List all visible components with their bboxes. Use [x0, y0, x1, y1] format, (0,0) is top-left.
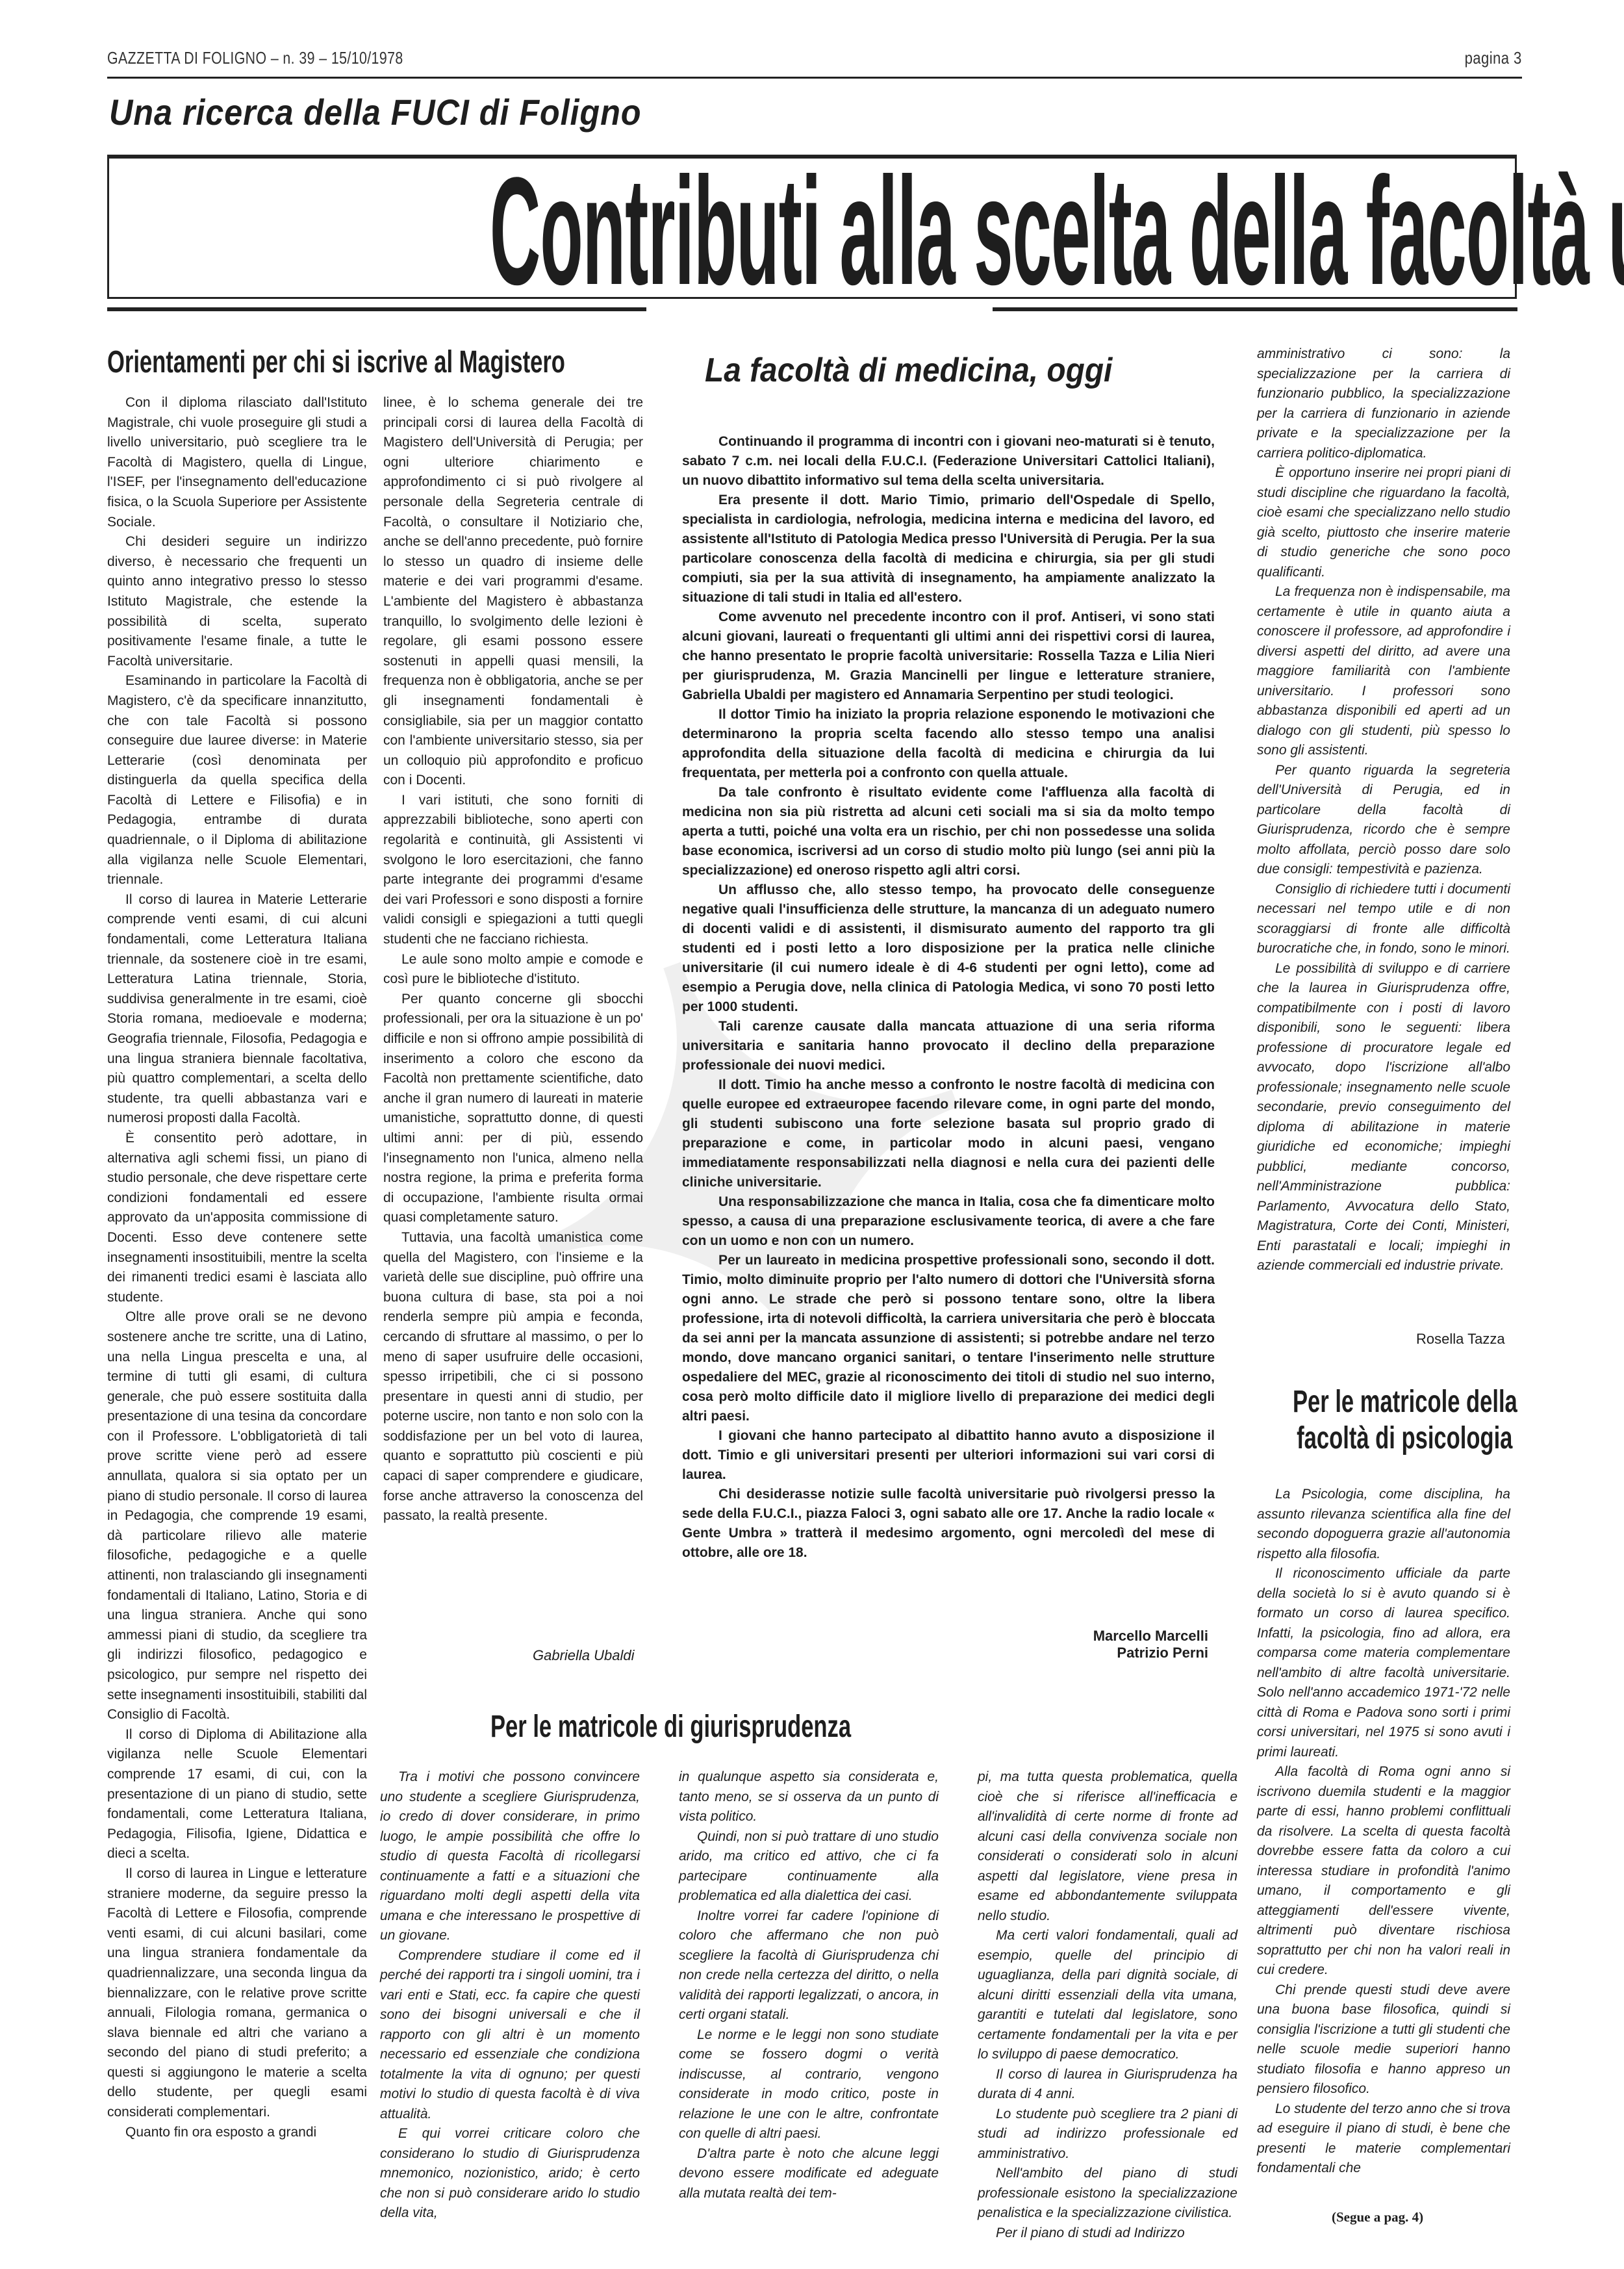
paragraph: Alla facoltà di Roma ogni anno si iscriv…: [1257, 1762, 1510, 1981]
paragraph: Da tale confronto è risultato evidente c…: [682, 783, 1215, 880]
paragraph: Oltre alle prove orali se ne devono sost…: [107, 1307, 367, 1724]
magistero-signature: Gabriella Ubaldi: [533, 1647, 635, 1664]
paragraph: Quanto fin ora esposto a grandi: [107, 2123, 367, 2143]
paragraph: Esaminando in particolare la Facoltà di …: [107, 671, 367, 890]
paragraph: Le possibilità di sviluppo e di carriere…: [1257, 959, 1510, 1276]
paragraph: Era presente il dott. Mario Timio, prima…: [682, 491, 1215, 608]
paragraph: La frequenza non è indispensabile, ma ce…: [1257, 582, 1510, 761]
signature: Marcello Marcelli: [1078, 1628, 1208, 1645]
paragraph: Le aule sono molto ampie e comode e così…: [383, 950, 643, 990]
paragraph: Il dottor Timio ha iniziato la propria r…: [682, 705, 1215, 783]
banner-rule-left: [107, 307, 646, 311]
paragraph: Chi desideri seguire un indirizzo divers…: [107, 532, 367, 671]
psicologia-body: La Psicologia, come disciplina, ha assun…: [1257, 1485, 1510, 2179]
banner-rule-right: [993, 307, 1517, 311]
psicologia-title-line1: Per le matricole della: [1293, 1384, 1512, 1420]
paragraph: Tra i motivi che possono convincere uno …: [380, 1767, 640, 1946]
paragraph: E qui vorrei criticare coloro che consid…: [380, 2124, 640, 2224]
paragraph: Chi prende questi studi deve avere una b…: [1257, 1981, 1510, 2099]
paragraph: È opportuno inserire nei propri piani di…: [1257, 463, 1510, 582]
paragraph: Un afflusso che, allo stesso tempo, ha p…: [682, 880, 1215, 1017]
paragraph: Chi desiderasse notizie sulle facoltà un…: [682, 1485, 1215, 1563]
giurisprudenza-title: Per le matricole di giurisprudenza: [490, 1709, 851, 1745]
paragraph: D'altra parte è noto che alcune leggi de…: [679, 2144, 939, 2204]
paragraph: Per quanto riguarda la segreteria dell'U…: [1257, 761, 1510, 880]
signature: Patrizio Perni: [1078, 1645, 1208, 1661]
paragraph: Quindi, non si può trattare di uno studi…: [679, 1827, 939, 1906]
paragraph: Per un laureato in medicina prospettive …: [682, 1251, 1215, 1426]
paragraph: Le norme e le leggi non sono studiate co…: [679, 2025, 939, 2144]
psicologia-title: Per le matricole della facoltà di psicol…: [1293, 1384, 1512, 1457]
paragraph: pi, ma tutta questa problematica, quella…: [978, 1767, 1237, 1926]
kicker-headline: Una ricerca della FUCI di Foligno: [109, 91, 641, 133]
masthead-rule: [107, 77, 1522, 79]
magistero-title: Orientamenti per chi si iscrive al Magis…: [107, 344, 565, 380]
paragraph: Il corso di laurea in Giurisprudenza ha …: [978, 2065, 1237, 2105]
magistero-col1: Con il diploma rilasciato dall'Istituto …: [107, 393, 367, 2142]
paragraph: I giovani che hanno partecipato al dibat…: [682, 1426, 1215, 1485]
paragraph: Ma certi valori fondamentali, quali ad e…: [978, 1926, 1237, 2065]
giurisprudenza-col3: pi, ma tutta questa problematica, quella…: [978, 1767, 1237, 2243]
paragraph: Tuttavia, una facoltà umanistica come qu…: [383, 1228, 643, 1526]
publication-info: GAZZETTA DI FOLIGNO – n. 39 – 15/10/1978: [107, 48, 403, 68]
giurisprudenza-col2: in qualunque aspetto sia considerata e, …: [679, 1767, 939, 2203]
paragraph: Il corso di Diploma di Abilitazione alla…: [107, 1725, 367, 1864]
giurisprudenza-col1: Tra i motivi che possono convincere uno …: [380, 1767, 640, 2224]
giurisprudenza-right-col: amministrativo ci sono: la specializzazi…: [1257, 344, 1510, 1276]
paragraph: amministrativo ci sono: la specializzazi…: [1257, 344, 1510, 463]
paragraph: Per quanto concerne gli sbocchi professi…: [383, 990, 643, 1228]
medicina-body: Continuando il programma di incontri con…: [682, 432, 1215, 1563]
magistero-col2: linee, è lo schema generale dei tre prin…: [383, 393, 643, 1526]
medicina-title: La facoltà di medicina, oggi: [705, 351, 1112, 390]
paragraph: Il dott. Timio ha anche messo a confront…: [682, 1075, 1215, 1192]
page-number: pagina 3: [1465, 48, 1522, 68]
paragraph: Il corso di laurea in Materie Letterarie…: [107, 890, 367, 1129]
paragraph: Per il piano di studi ad Indirizzo: [978, 2224, 1237, 2244]
paragraph: È consentito però adottare, in alternati…: [107, 1129, 367, 1307]
banner-headline: Contributi alla scelta della facoltà uni…: [490, 166, 1138, 296]
masthead: GAZZETTA DI FOLIGNO – n. 39 – 15/10/1978…: [107, 44, 1522, 73]
paragraph: Nell'ambito del piano di studi professio…: [978, 2164, 1237, 2224]
paragraph: linee, è lo schema generale dei tre prin…: [383, 393, 643, 791]
paragraph: Come avvenuto nel precedente incontro co…: [682, 608, 1215, 705]
paragraph: Continuando il programma di incontri con…: [682, 432, 1215, 491]
paragraph: Tali carenze causate dalla mancata attua…: [682, 1017, 1215, 1075]
paragraph: I vari istituti, che sono forniti di app…: [383, 791, 643, 950]
paragraph: Una responsabilizzazione che manca in It…: [682, 1192, 1215, 1251]
paragraph: Lo studente può scegliere tra 2 piani di…: [978, 2105, 1237, 2164]
banner-box: Contributi alla scelta della facoltà uni…: [107, 155, 1517, 299]
continued-notice: (Segue a pag. 4): [1332, 2209, 1423, 2225]
paragraph: in qualunque aspetto sia considerata e, …: [679, 1767, 939, 1827]
giurisprudenza-signature: Rosella Tazza: [1416, 1331, 1505, 1348]
paragraph: Comprendere studiare il come ed il perch…: [380, 1946, 640, 2125]
paragraph: Il riconoscimento ufficiale da parte del…: [1257, 1564, 1510, 1762]
paragraph: Il corso di laurea in Lingue e letteratu…: [107, 1864, 367, 2123]
paragraph: La Psicologia, come disciplina, ha assun…: [1257, 1485, 1510, 1564]
paragraph: Inoltre vorrei far cadere l'opinione di …: [679, 1906, 939, 2025]
paragraph: Consiglio di richiedere tutti i document…: [1257, 880, 1510, 959]
paragraph: Con il diploma rilasciato dall'Istituto …: [107, 393, 367, 532]
paragraph: Lo studente del terzo anno che si trova …: [1257, 2099, 1510, 2179]
psicologia-title-line2: facoltà di psicologia: [1293, 1420, 1512, 1457]
medicina-signatures: Marcello Marcelli Patrizio Perni: [1078, 1628, 1208, 1661]
